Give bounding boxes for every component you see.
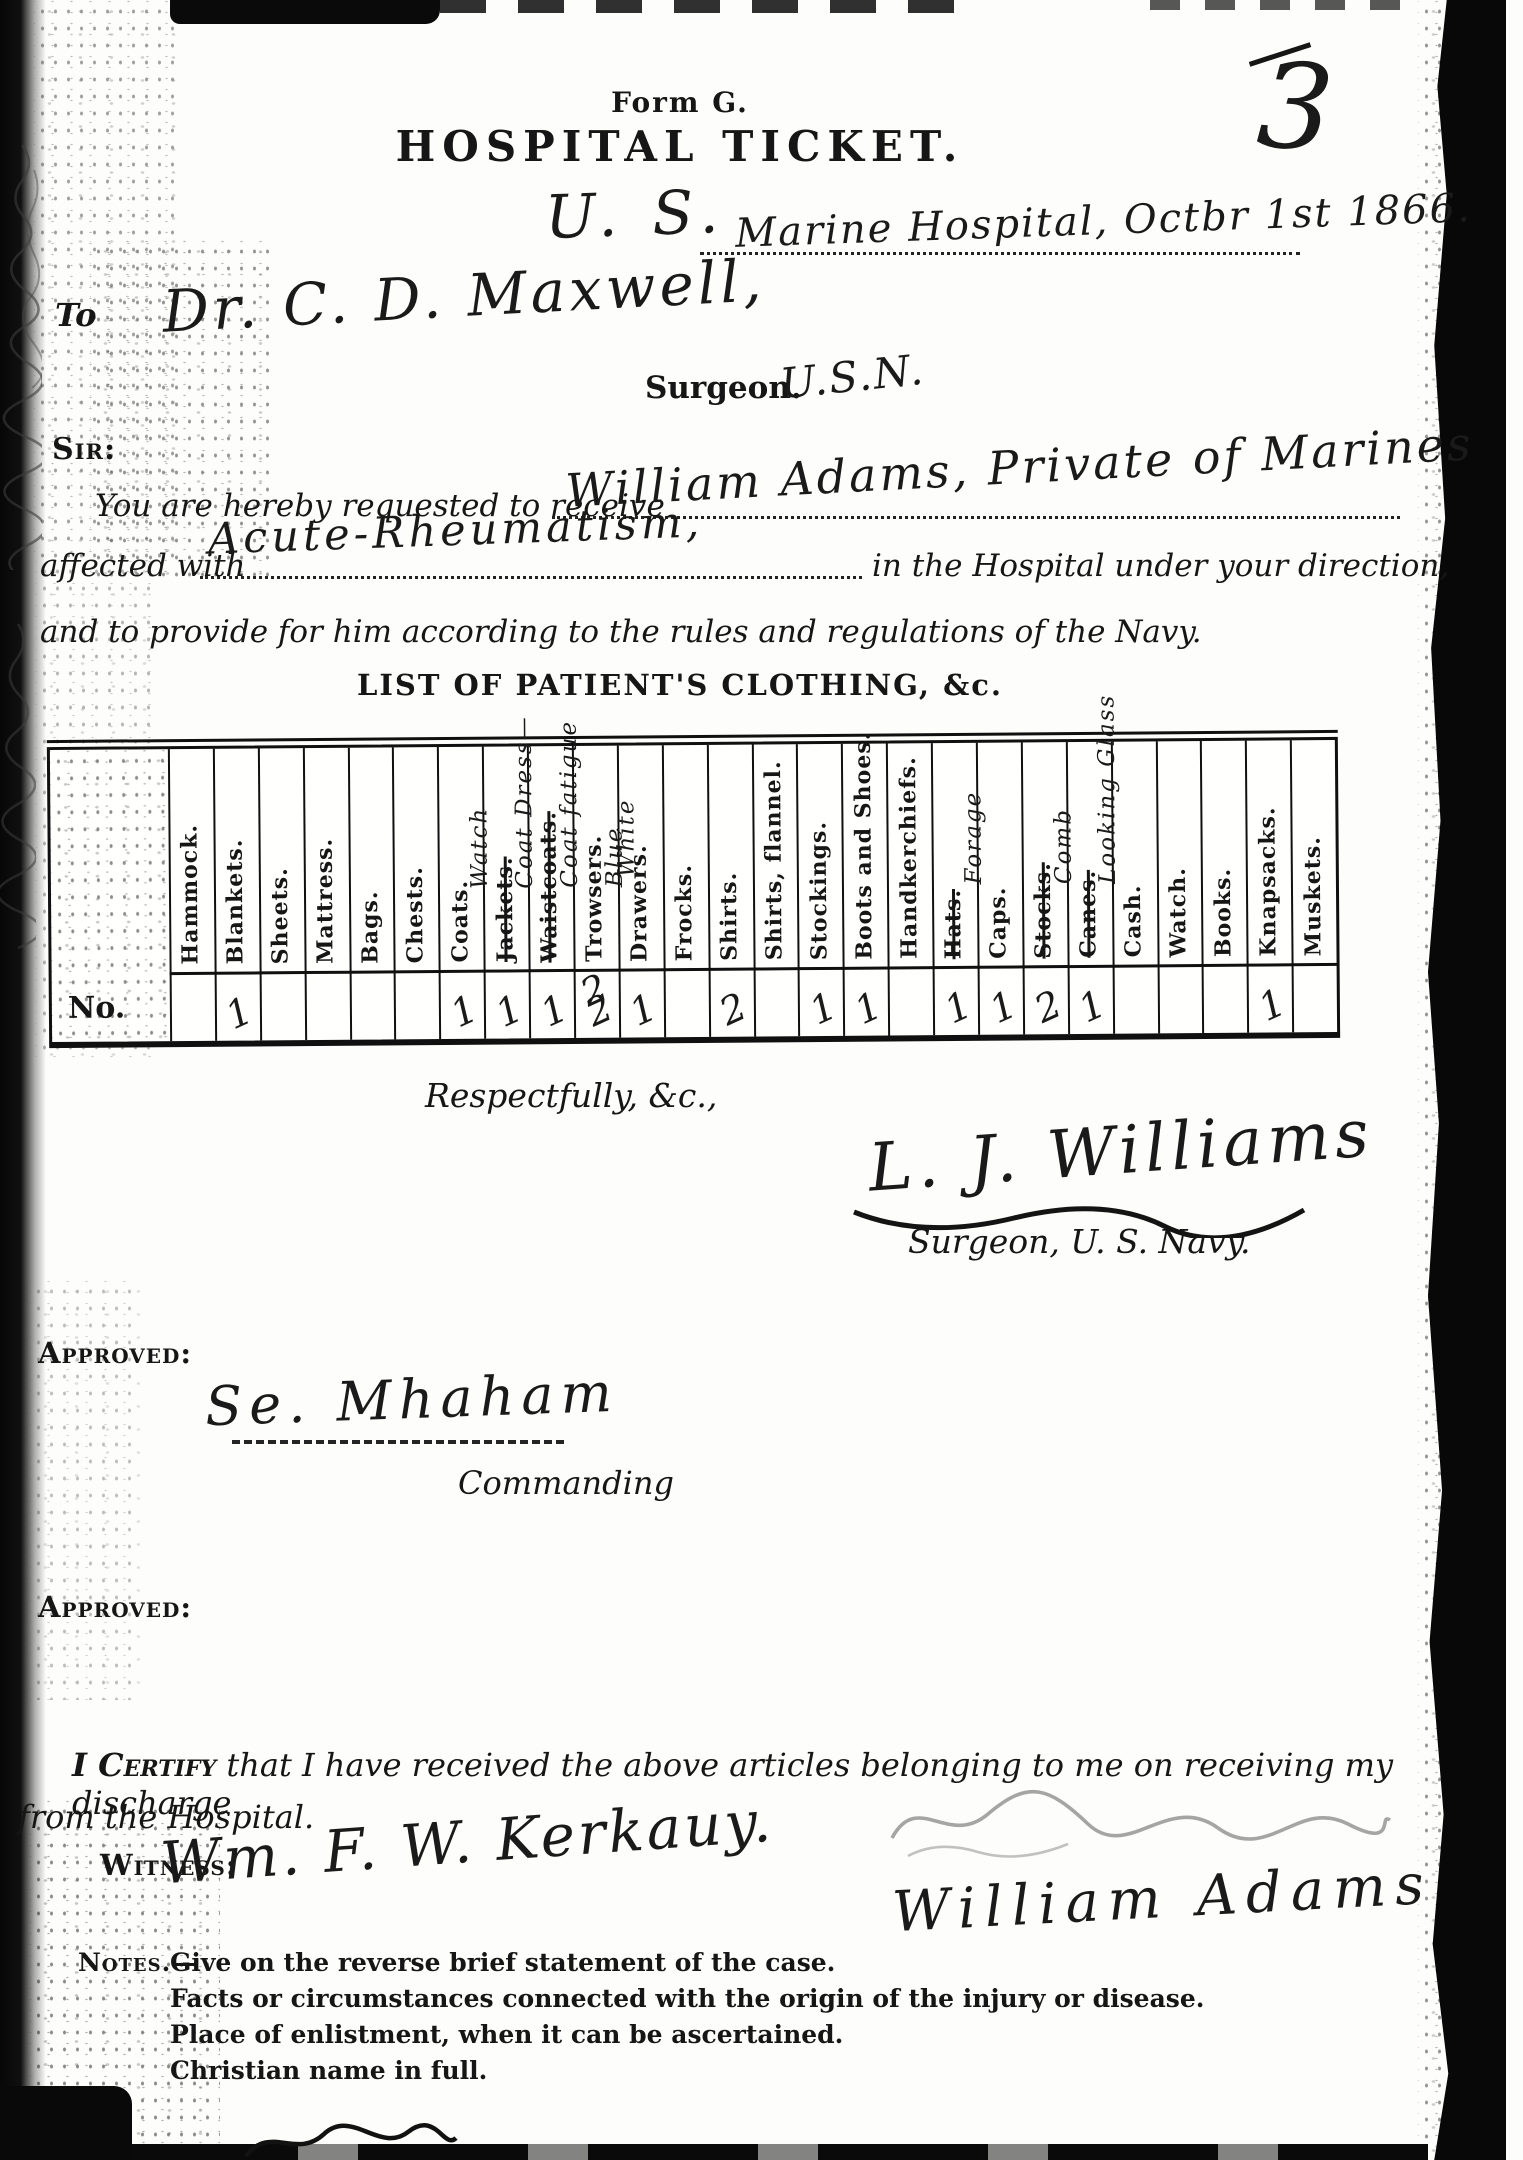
column-label: Boots and Shoes.: [849, 732, 877, 960]
column-label: Coats.: [447, 880, 474, 963]
salutation: Sir:: [52, 432, 116, 467]
column-label: Bags.: [357, 890, 384, 963]
bottom-cut-signature: [240, 2120, 460, 2160]
provide-text: and to provide for him according to the …: [40, 614, 1202, 650]
clothing-column: Muskets.: [1292, 740, 1337, 1032]
document-title: HOSPITAL TICKET.: [0, 122, 1360, 171]
clothing-column: Drawers. 1: [619, 745, 666, 1037]
scan-edge-top-right-mark: [1150, 0, 1410, 10]
clothing-column: Hammock.: [170, 749, 217, 1041]
clothing-column: Caps. 1: [978, 742, 1025, 1034]
column-value: 1: [848, 982, 890, 1033]
column-value: 2: [713, 983, 755, 1034]
column-value: 1: [444, 985, 486, 1036]
column-label: Knapsacks.: [1254, 806, 1281, 956]
clothing-column: Trowsers. Blue White 2 2: [574, 746, 621, 1038]
column-label: Frocks.: [671, 864, 698, 961]
certify-prefix: I Certify: [72, 1746, 216, 1784]
column-value: 1: [982, 981, 1024, 1032]
clothing-columns: Hammock. Blankets. 1 Sheets. Mattress. B…: [170, 740, 1337, 1041]
clothing-column: Coats. Watch 1: [439, 747, 486, 1039]
faint-signature: [878, 1772, 1398, 1868]
column-value: 1: [1072, 980, 1114, 1031]
clothing-column: Canes. Looking Glass 1: [1068, 742, 1115, 1034]
column-label: Muskets.: [1299, 836, 1326, 956]
clothing-column: Stocks. Comb 2: [1023, 742, 1070, 1034]
column-label: Cash.: [1120, 885, 1147, 958]
clothing-column: Stockings. 1: [798, 744, 845, 1036]
clothing-column: Bags.: [349, 747, 396, 1039]
hospital-direction-text: in the Hospital under your direction,: [872, 548, 1449, 584]
clothing-column: Frocks.: [664, 745, 711, 1037]
row-label: No.: [68, 990, 126, 1025]
station-prefix: U. S.: [544, 177, 728, 253]
clothing-column: Handkerchiefs.: [888, 743, 935, 1035]
scan-band-right-texture: [1418, 0, 1508, 2160]
approved-label-1: Approved:: [38, 1336, 192, 1370]
column-label: Handkerchiefs.: [894, 757, 922, 960]
column-label: Stockings.: [805, 821, 832, 960]
column-label: Watch.: [1165, 867, 1192, 957]
scan-edge-top-dashes: [440, 0, 960, 13]
column-label: Books.: [1210, 868, 1237, 957]
scan-edge-top-blob: [170, 0, 440, 24]
clothing-column: Jackets. Coat Dress— 1: [484, 746, 531, 1038]
clothing-column: Knapsacks. 1: [1247, 740, 1294, 1032]
diagnosis-dotted-line: [200, 576, 862, 579]
commanding-signature: Se. Mhaham: [204, 1361, 620, 1438]
clothing-column: Waistcoats. Coat fatigue 1: [529, 746, 576, 1038]
clothing-column: Shirts, flannel.: [753, 744, 800, 1036]
clothing-column: Hats. Forage 1: [933, 743, 980, 1035]
column-value: 1: [803, 983, 845, 1034]
column-value: 1: [219, 987, 261, 1038]
clothing-column: Books.: [1202, 741, 1249, 1033]
column-label: Hats.: [940, 889, 967, 959]
column-label: Sheets.: [267, 867, 294, 964]
note-line-4: Christian name in full.: [170, 2056, 487, 2085]
station-dotted-line: [700, 252, 1300, 255]
column-label: Shirts.: [716, 872, 743, 961]
column-value: 1: [534, 985, 576, 1036]
clothing-column: Watch.: [1157, 741, 1204, 1033]
clothing-column: Cash.: [1113, 741, 1160, 1033]
note-line-2: Facts or circumstances connected with th…: [170, 1984, 1204, 2013]
list-title: LIST OF PATIENT'S CLOTHING, &c.: [0, 668, 1360, 702]
clothing-column: Chests.: [394, 747, 441, 1039]
column-label: Drawers.: [626, 844, 653, 962]
clothing-column: Boots and Shoes. 1: [843, 743, 890, 1035]
column-label: Chests.: [402, 866, 429, 963]
clothing-table: No. Hammock. Blankets. 1 Sheets. Mattres…: [47, 737, 1340, 1048]
note-line-3: Place of enlistment, when it can be asce…: [170, 2020, 843, 2049]
respectfully-text: Respectfully, &c.,: [425, 1076, 717, 1115]
scan-edge-bottom-left-blob: [0, 2086, 132, 2160]
surgeon-title: Surgeon, U. S. Navy.: [908, 1222, 1251, 1261]
commanding-underline: [232, 1440, 564, 1444]
column-value: 1: [938, 981, 980, 1032]
station-date: Marine Hospital, Octbr 1st 1866.: [734, 185, 1472, 257]
column-label: Blankets.: [222, 839, 249, 965]
surgeon-branch: U.S.N.: [778, 345, 927, 409]
column-value: 1: [1252, 979, 1294, 1030]
margin-writing-top: [2, 140, 42, 570]
commanding-label: Commanding: [458, 1464, 674, 1502]
clothing-column: Mattress.: [305, 748, 352, 1040]
no-cell: No.: [50, 749, 172, 1042]
clothing-column: Blankets. 1: [215, 748, 262, 1040]
column-label: Caps.: [985, 886, 1012, 958]
form-label: Form G.: [0, 86, 1360, 119]
column-value: 2: [1027, 981, 1069, 1032]
column-label: Hammock.: [177, 824, 204, 965]
clothing-column: Shirts. 2: [709, 745, 756, 1037]
column-label: Shirts, flannel.: [760, 760, 788, 960]
note-line-1: Give on the reverse brief statement of t…: [170, 1948, 835, 1977]
approved-label-2: Approved:: [38, 1590, 192, 1624]
column-value: 1: [489, 985, 531, 1036]
surgeon-label: Surgeon.: [645, 370, 802, 406]
column-label: Mattress.: [312, 838, 339, 964]
to-label: To: [55, 296, 96, 334]
column-value: 1: [623, 984, 665, 1035]
clothing-column: Sheets.: [260, 748, 307, 1040]
